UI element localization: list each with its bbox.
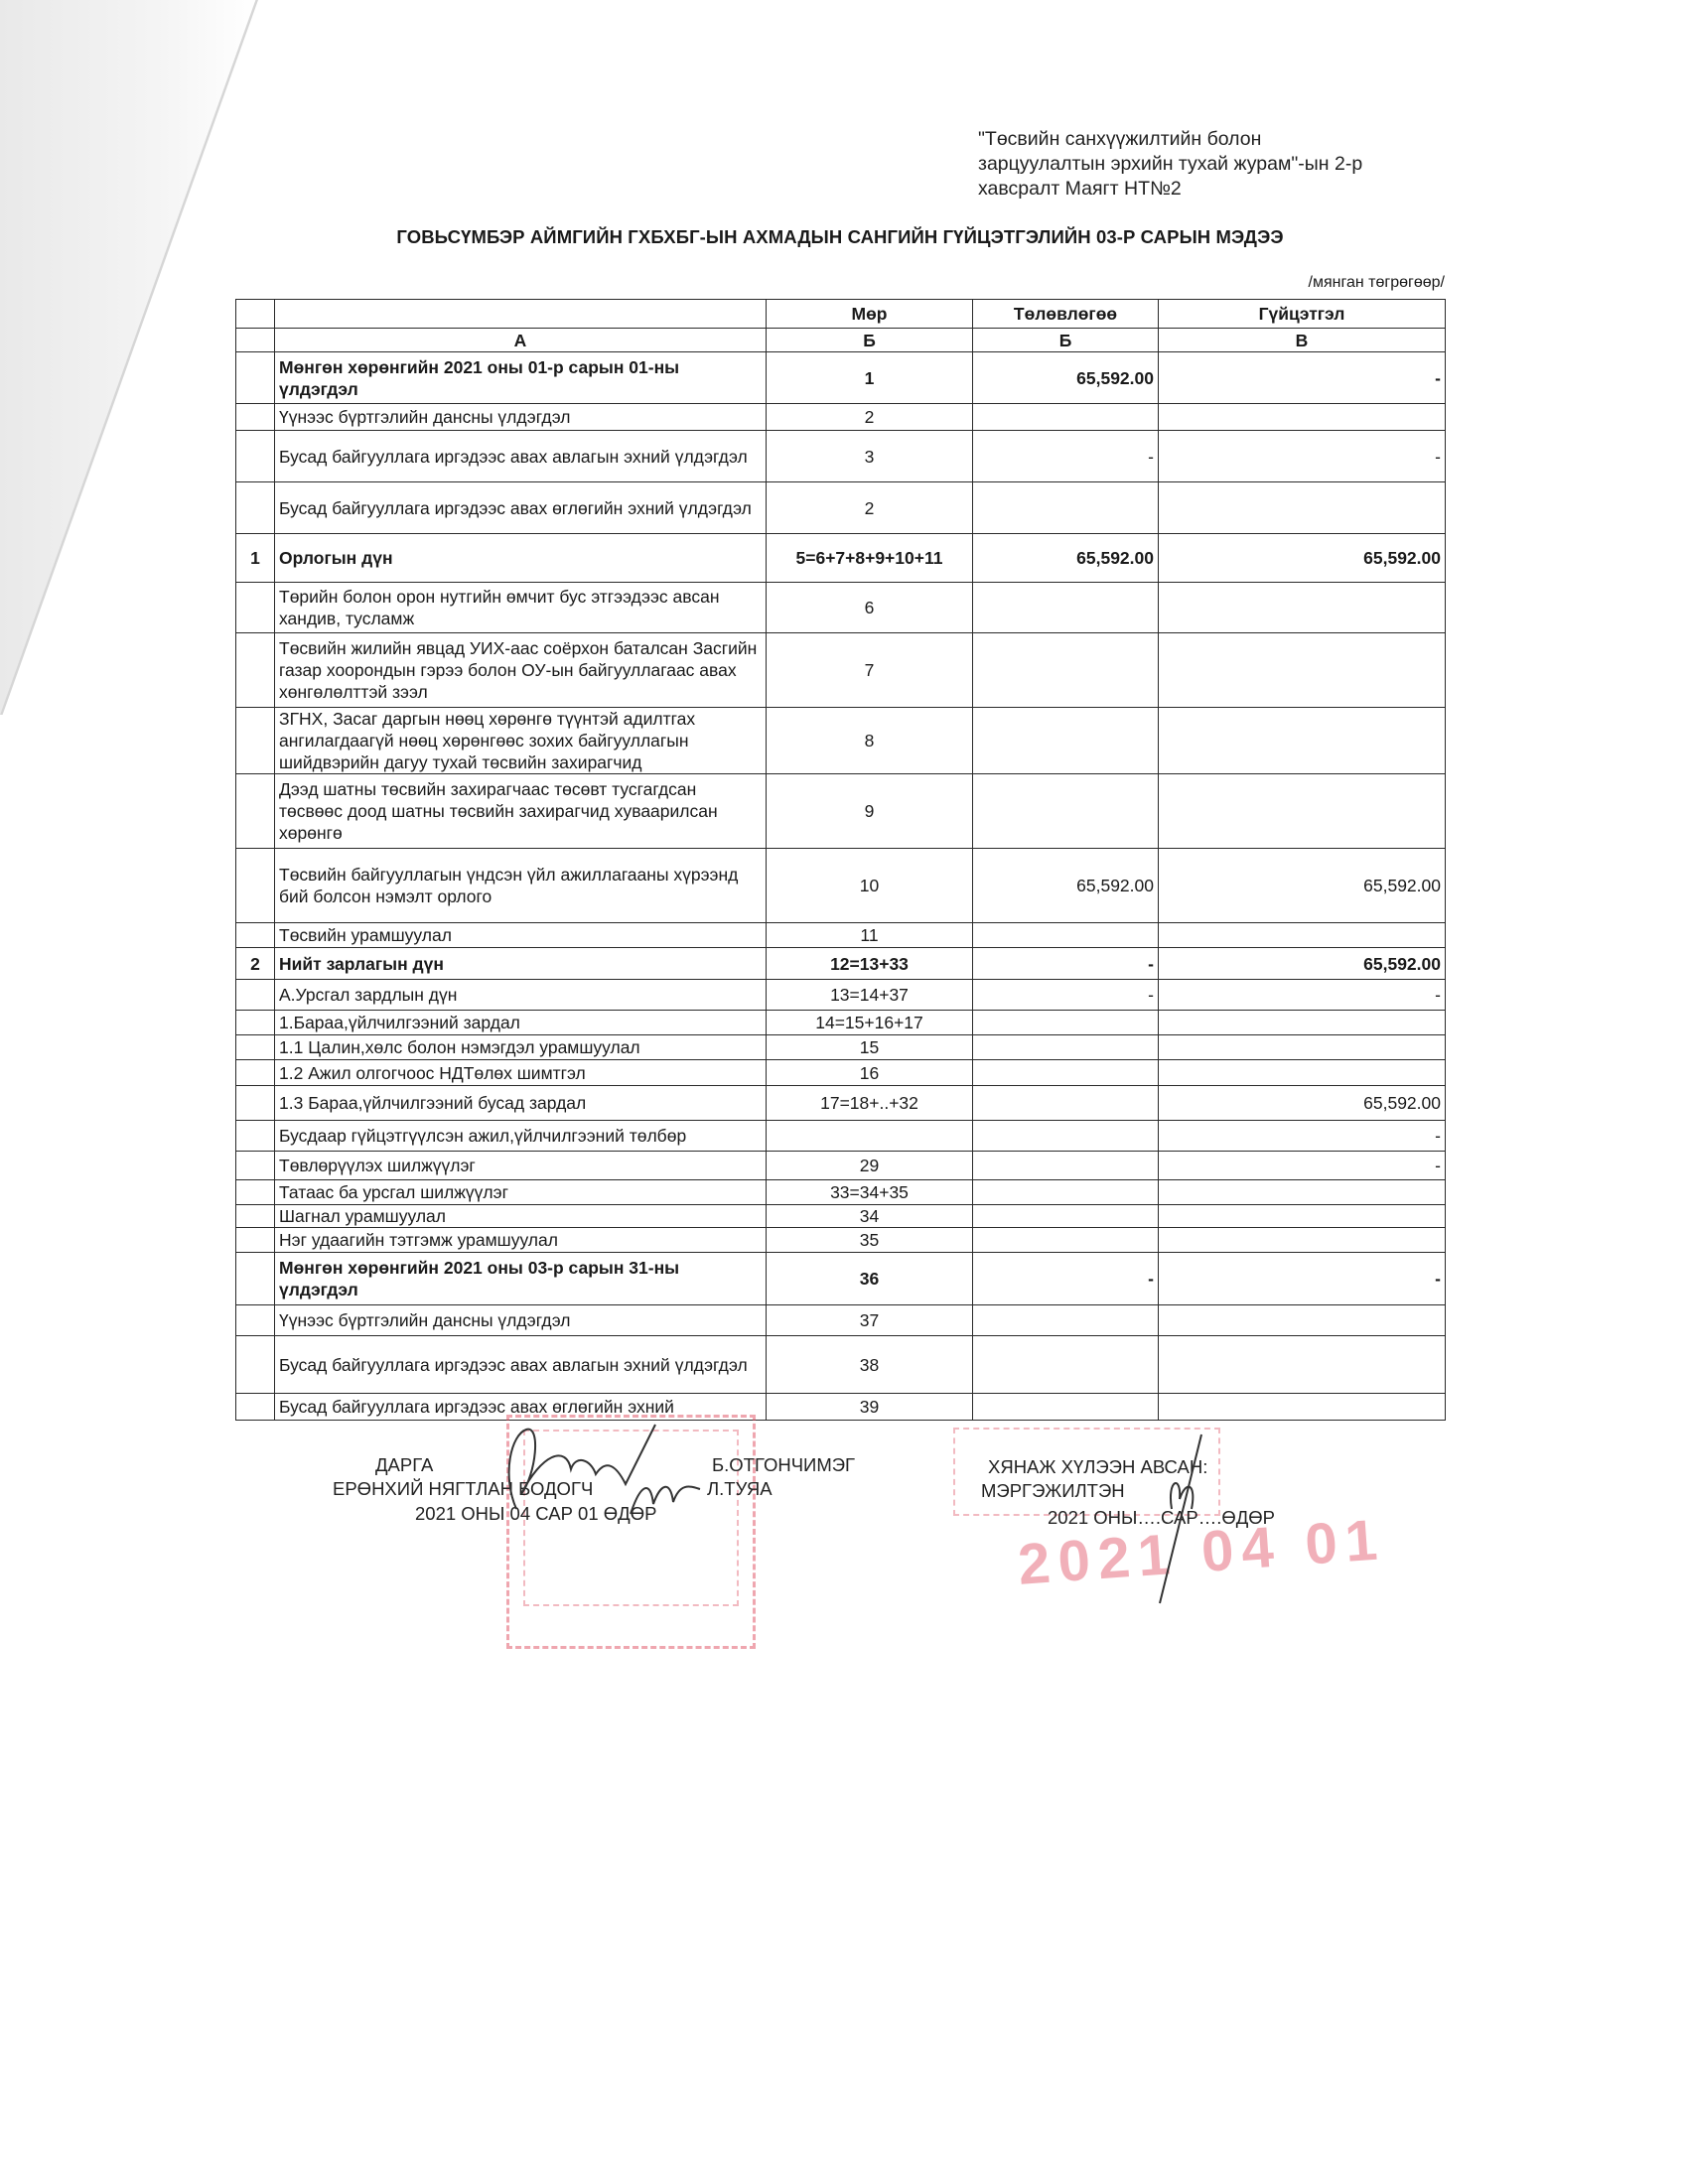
row-description: Татаас ба урсгал шилжүүлэг	[275, 1180, 767, 1205]
plan-value	[973, 404, 1159, 431]
row-number: 36	[767, 1253, 973, 1305]
row-description: Төрийн болон орон нутгийн өмчит бус этгэ…	[275, 583, 767, 633]
plan-value	[973, 923, 1159, 948]
row-number: 10	[767, 849, 973, 923]
actual-value	[1159, 1336, 1446, 1394]
row-description: Үүнээс бүртгэлийн дансны үлдэгдэл	[275, 404, 767, 431]
table-row: Төсвийн жилийн явцад УИХ-аас соёрхон бат…	[236, 633, 1446, 708]
reference-line-1: "Төсвийн санхүүжилтийн болон	[978, 127, 1435, 152]
table-row: Төрийн болон орон нутгийн өмчит бус этгэ…	[236, 583, 1446, 633]
plan-value	[973, 1035, 1159, 1060]
plan-value	[973, 1305, 1159, 1336]
plan-value	[973, 482, 1159, 534]
table-row: 2Нийт зарлагын дүн12=13+33-65,592.00	[236, 948, 1446, 980]
row-description: Мөнгөн хөрөнгийн 2021 оны 01-р сарын 01-…	[275, 352, 767, 404]
actual-value: -	[1159, 1152, 1446, 1180]
row-index	[236, 633, 275, 708]
actual-value	[1159, 774, 1446, 849]
unit-note: /мянган төгрөгөөр/	[1192, 274, 1445, 292]
actual-value: -	[1159, 431, 1446, 482]
actual-value	[1159, 1180, 1446, 1205]
plan-value	[973, 1060, 1159, 1086]
row-index	[236, 482, 275, 534]
code-name: А	[275, 329, 767, 352]
table-row: Төсвийн урамшуулал11	[236, 923, 1446, 948]
plan-value	[973, 1336, 1159, 1394]
director-title: ДАРГА	[375, 1453, 433, 1477]
accountant-name: Л.ТУЯА	[707, 1477, 773, 1501]
actual-value	[1159, 1035, 1446, 1060]
row-index	[236, 774, 275, 849]
header-plan: Төлөвлөгөө	[973, 300, 1159, 329]
plan-value: -	[973, 948, 1159, 980]
code-actual: В	[1159, 329, 1446, 352]
row-description: ЗГНХ, Засаг даргын нөөц хөрөнгө түүнтэй …	[275, 708, 767, 774]
row-index	[236, 1086, 275, 1121]
actual-value	[1159, 404, 1446, 431]
row-description: 1.2 Ажил олгогчоос НДТөлөх шимтгэл	[275, 1060, 767, 1086]
code-plan: Б	[973, 329, 1159, 352]
row-number: 3	[767, 431, 973, 482]
actual-value	[1159, 1228, 1446, 1253]
row-description: Дээд шатны төсвийн захирагчаас төсөвт ту…	[275, 774, 767, 849]
actual-value: -	[1159, 352, 1446, 404]
code-row: Б	[767, 329, 973, 352]
row-index	[236, 708, 275, 774]
row-index	[236, 980, 275, 1011]
row-index	[236, 1035, 275, 1060]
row-number: 14=15+16+17	[767, 1011, 973, 1035]
header-actual: Гүйцэтгэл	[1159, 300, 1446, 329]
actual-value	[1159, 923, 1446, 948]
row-index	[236, 352, 275, 404]
table-row: Татаас ба урсгал шилжүүлэг33=34+35	[236, 1180, 1446, 1205]
row-number: 6	[767, 583, 973, 633]
actual-value: -	[1159, 1121, 1446, 1152]
table-row: Бусдаар гүйцэтгүүлсэн ажил,үйлчилгээний …	[236, 1121, 1446, 1152]
plan-value	[973, 708, 1159, 774]
table-row: Дээд шатны төсвийн захирагчаас төсөвт ту…	[236, 774, 1446, 849]
row-index: 1	[236, 534, 275, 583]
actual-value: -	[1159, 980, 1446, 1011]
reference-note: "Төсвийн санхүүжилтийн болон зарцуулалты…	[978, 127, 1435, 202]
row-number: 13=14+37	[767, 980, 973, 1011]
row-number: 29	[767, 1152, 973, 1180]
plan-value	[973, 1152, 1159, 1180]
actual-value	[1159, 1011, 1446, 1035]
row-description: Бусад байгууллага иргэдээс авах өглөгийн…	[275, 482, 767, 534]
row-number: 33=34+35	[767, 1180, 973, 1205]
row-description: Нийт зарлагын дүн	[275, 948, 767, 980]
row-index	[236, 923, 275, 948]
row-description: Төвлөрүүлэх шилжүүлэг	[275, 1152, 767, 1180]
row-description: Бусад байгууллага иргэдээс авах авлагын …	[275, 431, 767, 482]
actual-value	[1159, 633, 1446, 708]
reviewer-signature-icon	[1152, 1430, 1211, 1608]
row-description: Үүнээс бүртгэлийн дансны үлдэгдэл	[275, 1305, 767, 1336]
row-description: Төсвийн жилийн явцад УИХ-аас соёрхон бат…	[275, 633, 767, 708]
row-index	[236, 1394, 275, 1421]
row-number: 38	[767, 1336, 973, 1394]
table-row: 1Орлогын дүн5=6+7+8+9+10+1165,592.0065,5…	[236, 534, 1446, 583]
actual-value	[1159, 1205, 1446, 1228]
plan-value	[973, 1011, 1159, 1035]
table-row: Мөнгөн хөрөнгийн 2021 оны 01-р сарын 01-…	[236, 352, 1446, 404]
code-row: А Б Б В	[236, 329, 1446, 352]
reviewer-role: МЭРГЭЖИЛТЭН	[981, 1479, 1125, 1503]
document-title: ГОВЬСҮМБЭР АЙМГИЙН ГХБХБГ-ЫН АХМАДЫН САН…	[235, 226, 1445, 248]
row-number	[767, 1121, 973, 1152]
table-row: Үүнээс бүртгэлийн дансны үлдэгдэл37	[236, 1305, 1446, 1336]
table-row: Бусад байгууллага иргэдээс авах өглөгийн…	[236, 482, 1446, 534]
plan-value	[973, 1086, 1159, 1121]
table-row: 1.Бараа,үйлчилгээний зардал14=15+16+17	[236, 1011, 1446, 1035]
plan-value: 65,592.00	[973, 849, 1159, 923]
header-row: Мөр Төлөвлөгөө Гүйцэтгэл	[236, 300, 1446, 329]
row-index	[236, 1205, 275, 1228]
row-description: 1.Бараа,үйлчилгээний зардал	[275, 1011, 767, 1035]
row-description: Төсвийн байгууллагын үндсэн үйл ажиллага…	[275, 849, 767, 923]
table-row: Бусад байгууллага иргэдээс авах авлагын …	[236, 1336, 1446, 1394]
row-index	[236, 1305, 275, 1336]
row-number: 17=18+..+32	[767, 1086, 973, 1121]
table-row: Төсвийн байгууллагын үндсэн үйл ажиллага…	[236, 849, 1446, 923]
row-description: 1.1 Цалин,хөлс болон нэмэгдэл урамшуулал	[275, 1035, 767, 1060]
row-number: 15	[767, 1035, 973, 1060]
row-description: Мөнгөн хөрөнгийн 2021 оны 03-р сарын 31-…	[275, 1253, 767, 1305]
row-index	[236, 1228, 275, 1253]
actual-value: 65,592.00	[1159, 849, 1446, 923]
row-index	[236, 431, 275, 482]
actual-value: 65,592.00	[1159, 948, 1446, 980]
row-index	[236, 404, 275, 431]
actual-value	[1159, 708, 1446, 774]
row-number: 11	[767, 923, 973, 948]
plan-value: 65,592.00	[973, 352, 1159, 404]
row-description: Бусад байгууллага иргэдээс авах авлагын …	[275, 1336, 767, 1394]
row-description: Төсвийн урамшуулал	[275, 923, 767, 948]
plan-value	[973, 1180, 1159, 1205]
plan-value	[973, 774, 1159, 849]
plan-value	[973, 1205, 1159, 1228]
row-number: 7	[767, 633, 973, 708]
table-row: ЗГНХ, Засаг даргын нөөц хөрөнгө түүнтэй …	[236, 708, 1446, 774]
plan-value: -	[973, 1253, 1159, 1305]
actual-value: -	[1159, 1253, 1446, 1305]
code-idx	[236, 329, 275, 352]
row-number: 1	[767, 352, 973, 404]
row-description: Бусдаар гүйцэтгүүлсэн ажил,үйлчилгээний …	[275, 1121, 767, 1152]
accountant-signature-icon	[626, 1474, 705, 1519]
table-row: Нэг удаагийн тэтгэмж урамшуулал35	[236, 1228, 1446, 1253]
header-idx	[236, 300, 275, 329]
reference-line-3: хавсралт Маягт НТ№2	[978, 177, 1435, 202]
table-row: Шагнал урамшуулал34	[236, 1205, 1446, 1228]
header-name	[275, 300, 767, 329]
plan-value: 65,592.00	[973, 534, 1159, 583]
table-row: Үүнээс бүртгэлийн дансны үлдэгдэл2	[236, 404, 1446, 431]
row-number: 16	[767, 1060, 973, 1086]
table-row: Бусад байгууллага иргэдээс авах авлагын …	[236, 431, 1446, 482]
row-description: Нэг удаагийн тэтгэмж урамшуулал	[275, 1228, 767, 1253]
row-description: Орлогын дүн	[275, 534, 767, 583]
row-number: 9	[767, 774, 973, 849]
actual-value: 65,592.00	[1159, 1086, 1446, 1121]
row-description: Шагнал урамшуулал	[275, 1205, 767, 1228]
row-index	[236, 1121, 275, 1152]
actual-value: 65,592.00	[1159, 534, 1446, 583]
report-table: Мөр Төлөвлөгөө Гүйцэтгэл А Б Б В Мөнгөн …	[235, 299, 1446, 1421]
table-row: 1.2 Ажил олгогчоос НДТөлөх шимтгэл16	[236, 1060, 1446, 1086]
row-number: 39	[767, 1394, 973, 1421]
table-row: Мөнгөн хөрөнгийн 2021 оны 03-р сарын 31-…	[236, 1253, 1446, 1305]
row-index: 2	[236, 948, 275, 980]
table-row: Бусад байгууллага иргэдээс авах өглөгийн…	[236, 1394, 1446, 1421]
table-row: 1.3 Бараа,үйлчилгээний бусад зардал17=18…	[236, 1086, 1446, 1121]
row-index	[236, 583, 275, 633]
actual-value	[1159, 1394, 1446, 1421]
row-description: 1.3 Бараа,үйлчилгээний бусад зардал	[275, 1086, 767, 1121]
row-number: 2	[767, 482, 973, 534]
row-index	[236, 1060, 275, 1086]
plan-value: -	[973, 431, 1159, 482]
actual-value	[1159, 1305, 1446, 1336]
header-row-no: Мөр	[767, 300, 973, 329]
plan-value: -	[973, 980, 1159, 1011]
row-number: 5=6+7+8+9+10+11	[767, 534, 973, 583]
row-number: 34	[767, 1205, 973, 1228]
plan-value	[973, 1394, 1159, 1421]
row-number: 12=13+33	[767, 948, 973, 980]
plan-value	[973, 583, 1159, 633]
actual-value	[1159, 583, 1446, 633]
table-row: 1.1 Цалин,хөлс болон нэмэгдэл урамшуулал…	[236, 1035, 1446, 1060]
row-description: А.Урсгал зардлын дүн	[275, 980, 767, 1011]
plan-value	[973, 1121, 1159, 1152]
table-row: А.Урсгал зардлын дүн13=14+37--	[236, 980, 1446, 1011]
director-name: Б.ОТГОНЧИМЭГ	[712, 1453, 855, 1477]
row-index	[236, 1152, 275, 1180]
row-index	[236, 1253, 275, 1305]
row-index	[236, 1180, 275, 1205]
row-number: 2	[767, 404, 973, 431]
row-index	[236, 1011, 275, 1035]
actual-value	[1159, 1060, 1446, 1086]
row-index	[236, 1336, 275, 1394]
table-row: Төвлөрүүлэх шилжүүлэг29-	[236, 1152, 1446, 1180]
row-index	[236, 849, 275, 923]
plan-value	[973, 1228, 1159, 1253]
actual-value	[1159, 482, 1446, 534]
plan-value	[973, 633, 1159, 708]
row-number: 37	[767, 1305, 973, 1336]
row-number: 35	[767, 1228, 973, 1253]
row-number: 8	[767, 708, 973, 774]
reference-line-2: зарцуулалтын эрхийн тухай журам"-ын 2-р	[978, 152, 1435, 177]
